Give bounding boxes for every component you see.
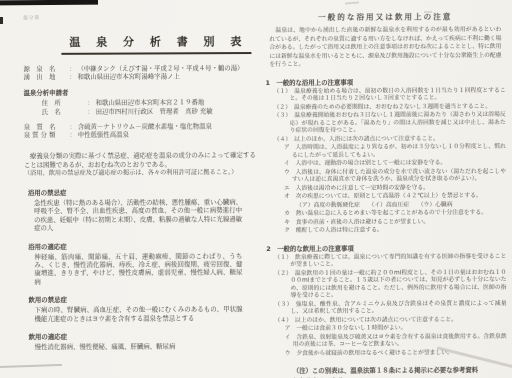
page-title: 温 泉 分 析 書 別 表 bbox=[61, 33, 251, 55]
notice-item: オ 次の疾患については、原則として高温浴（４２℃以上）を禁忌とする。 bbox=[266, 193, 506, 202]
field-colon: ： bbox=[86, 99, 96, 107]
field-label: 泉 質 名 bbox=[24, 123, 68, 131]
notice-item: イ 含鉄泉、放射能泉及び硫黄又はヨウ素を含有する温泉は食後飲用する。含鉄泉飲用の… bbox=[267, 333, 507, 349]
indication-sections: 浴用の禁忌症 急性疾患（特に熱のある場合）、活動性の結核、悪性腫瘍、重い心臓病、… bbox=[24, 187, 257, 351]
section-body: 慢性消化器病、慢性便秘、痛風、肝臓病、糖尿病 bbox=[35, 342, 243, 351]
section-body: 下痢の時、腎臓病、高血圧症、その他一般にむくみのあるもの、甲状腺機能亢進症のとき… bbox=[35, 305, 243, 323]
footnote: （注）この別表は、温泉法第１８条による掲示に必要な参考資料となるものである。 bbox=[293, 366, 483, 378]
field-colon: ： bbox=[67, 65, 77, 73]
applicant-fields: 住 所：和歌山県田辺市本宮町本宮２１９番地 氏 名：田辺市四村川行政区 管理者 … bbox=[24, 98, 256, 115]
spring-quality-fields: 泉 質 名：含硫黄－ナトリウム－炭酸水素塩・塩化物温泉 泉 質 分 類：中性低張… bbox=[24, 122, 256, 139]
section-body: 神経痛、筋肉痛、関節痛、五十肩、運動麻痺、関節のこわばり、うちみ、くじき、慢性消… bbox=[34, 252, 242, 287]
notice-item: （１） 温泉療養を始める場合は、最初の数日の入浴回数を１日当たり１回程度とするこ… bbox=[266, 87, 506, 103]
field-label: 氏 名 bbox=[42, 107, 86, 115]
field-value: 含硫黄－ナトリウム－炭酸水素塩・塩化物温泉 bbox=[78, 122, 212, 131]
field-value: 中性低張性高温泉 bbox=[78, 131, 129, 139]
notice-title: 一般的な浴用又は飲用上の注意 bbox=[265, 11, 505, 23]
notice-intro-paragraph: 温泉は、地中から湧出した直後の新鮮な温泉水を利用するのが最も効用があるといわれて… bbox=[269, 26, 501, 70]
field-colon: ： bbox=[68, 123, 78, 131]
indication-section: 飲用の適応症 慢性消化器病、慢性便秘、痛風、肝臓病、糖尿病 bbox=[25, 331, 257, 351]
field-colon: ： bbox=[86, 107, 96, 115]
field-value: 和歌山県田辺市本宮町湯峰字湯ノ上 bbox=[77, 73, 179, 81]
section-heading: 浴用の禁忌症 bbox=[28, 187, 256, 197]
notice-item: （４） 以上のほか、飲用については次の諸点について注意すること。 bbox=[267, 316, 507, 325]
left-intro-paragraph: 療養泉分類の実際に基づく禁忌症、適応症を温泉の成分のみによって確定することは困難… bbox=[24, 151, 256, 169]
field-label: 湧 出 地 bbox=[23, 73, 67, 81]
notice-item: （１） 飲泉療養に際しては、温泉について専門的知識を有する医師の指導を受けること… bbox=[266, 253, 506, 269]
document-number-stamp: 温分第 bbox=[23, 14, 255, 21]
field-colon: ： bbox=[68, 131, 78, 139]
indication-section: 飲用の禁忌症 下痢の時、腎臓病、高血圧症、その他一般にむくみのあるもの、甲状腺機… bbox=[24, 294, 256, 323]
right-page-notice: 一般的な浴用又は飲用上の注意 温泉は、地中から湧出した直後の新鮮な温泉水を利用す… bbox=[265, 11, 507, 378]
field-row: 泉 質 分 類：中性低張性高温泉 bbox=[24, 130, 256, 139]
notice-section-2-items: （１） 飲泉療養に際しては、温泉について専門的知識を有する医師の指導を受けること… bbox=[266, 253, 506, 358]
indication-section: 浴用の禁忌症 急性疾患（特に熱のある場合）、活動性の結核、悪性腫瘍、重い心臓病、… bbox=[24, 187, 256, 233]
field-value: 和歌山県田辺市本宮町本宮２１９番地 bbox=[96, 99, 205, 107]
page-tilt-wrapper: 温分第 温 泉 分 析 書 別 表 源 泉 名：（中継タンク（えびす湯・平成２号… bbox=[0, 0, 512, 378]
notice-item: （２） 温泉療養のための必要期間は、おおむね２ないし３週間を適当とすること。 bbox=[266, 103, 506, 112]
notice-item: ア 一般には食前３０分ないし１時間がよい。 bbox=[267, 325, 507, 334]
section-heading: 飲用の適応症 bbox=[29, 331, 257, 341]
applicant-header: 温泉分析申請者 bbox=[24, 87, 256, 97]
notice-item: カ 熱い温泉に急に入るとめまい等を起こすことがあるので十分注意をする。 bbox=[266, 210, 506, 219]
source-fields: 源 泉 名：（中継タンク（えびす湯・平成２号・平成４号・鶴の湯） 湧 出 地：和… bbox=[23, 64, 255, 81]
field-value: 田辺市四村川行政区 管理者 真砂 充敏 bbox=[96, 107, 213, 116]
left-intro-note: （浴用、飲用の禁忌症及び適応症の掲示は、各々の利用許可証に拠ること。） bbox=[24, 169, 256, 179]
section-heading: 飲用の禁忌症 bbox=[28, 294, 256, 304]
section-body: 急性疾患（特に熱のある場合）、活動性の結核、悪性腫瘍、重い心臓病、呼吸不全、腎不… bbox=[34, 198, 242, 233]
field-label: 住 所 bbox=[42, 99, 86, 107]
field-label: 泉 質 分 類 bbox=[24, 131, 68, 139]
notice-item: イ 入浴中は、運動浴の場合は別として一般には安静を守る。 bbox=[266, 160, 506, 169]
field-row: 氏 名：田辺市四村川行政区 管理者 真砂 充敏 bbox=[42, 107, 256, 116]
notice-item: キ 食事の直前・直後の入浴は避けることが望ましい。 bbox=[266, 218, 506, 227]
notice-item: ウ 入浴後は、身体に付着した温泉の成分を水で洗い流さない（湯ただれを起こしやすい… bbox=[266, 168, 506, 184]
field-colon: ： bbox=[67, 73, 77, 81]
notice-section-2-heading: 2 一般的な飲用上の注意事項 bbox=[266, 242, 506, 252]
notice-item: （ア）高度の動脈硬化症 （イ）高血圧症 （ウ）心臓病 bbox=[266, 201, 506, 210]
scanned-document: 温分第 温 泉 分 析 書 別 表 源 泉 名：（中継タンク（えびす湯・平成２号… bbox=[0, 0, 512, 378]
notice-section-1-heading: 1 一般的な浴用上の注意事項 bbox=[266, 76, 506, 86]
indication-section: 浴用の適応症 神経痛、筋肉痛、関節痛、五十肩、運動麻痺、関節のこわばり、うちみ、… bbox=[24, 241, 256, 287]
notice-item: エ 入浴後は湯冷めに注意して一定時間の安静を守る。 bbox=[266, 184, 506, 193]
notice-section-1-items: （１） 温泉療養を始める場合は、最初の数日の入浴回数を１日当たり１回程度とするこ… bbox=[266, 87, 507, 235]
notice-item: ウ 夕食後から就寝前の飲用はなるべく避けることが望ましい。 bbox=[267, 349, 507, 358]
notice-item: ク 酩酊しての入浴は特に注意する。 bbox=[266, 227, 506, 236]
notice-item: （３） 温泉療養開始後おおむね３日ないし１週間前後に湯あたり（湯さわり又は浴場反… bbox=[266, 112, 506, 136]
left-page-analysis-table: 温分第 温 泉 分 析 書 別 表 源 泉 名：（中継タンク（えびす湯・平成２号… bbox=[23, 14, 256, 351]
notice-item: （２） 温泉飲用の１回の量は一般に約２００ml程度とし、その１日の量はおおむね１… bbox=[266, 269, 506, 300]
field-row: 湧 出 地：和歌山県田辺市本宮町湯峰字湯ノ上 bbox=[23, 72, 255, 81]
left-title-wrap: 温 泉 分 析 書 別 表 bbox=[57, 30, 255, 55]
notice-item: （４） 以上のほか、入浴には次の諸点について注意すること。 bbox=[266, 135, 506, 144]
notice-item: ア 入浴時間は、入浴温度により異なるが、初めは３分ないし１０分程度とし、慣れるに… bbox=[266, 144, 506, 160]
section-heading: 浴用の適応症 bbox=[28, 241, 256, 251]
notice-item: （３） 強塩泉、酸性泉、含アルミニウム泉及び含鉄泉はその泉質と濃度によって減量し… bbox=[266, 300, 506, 316]
